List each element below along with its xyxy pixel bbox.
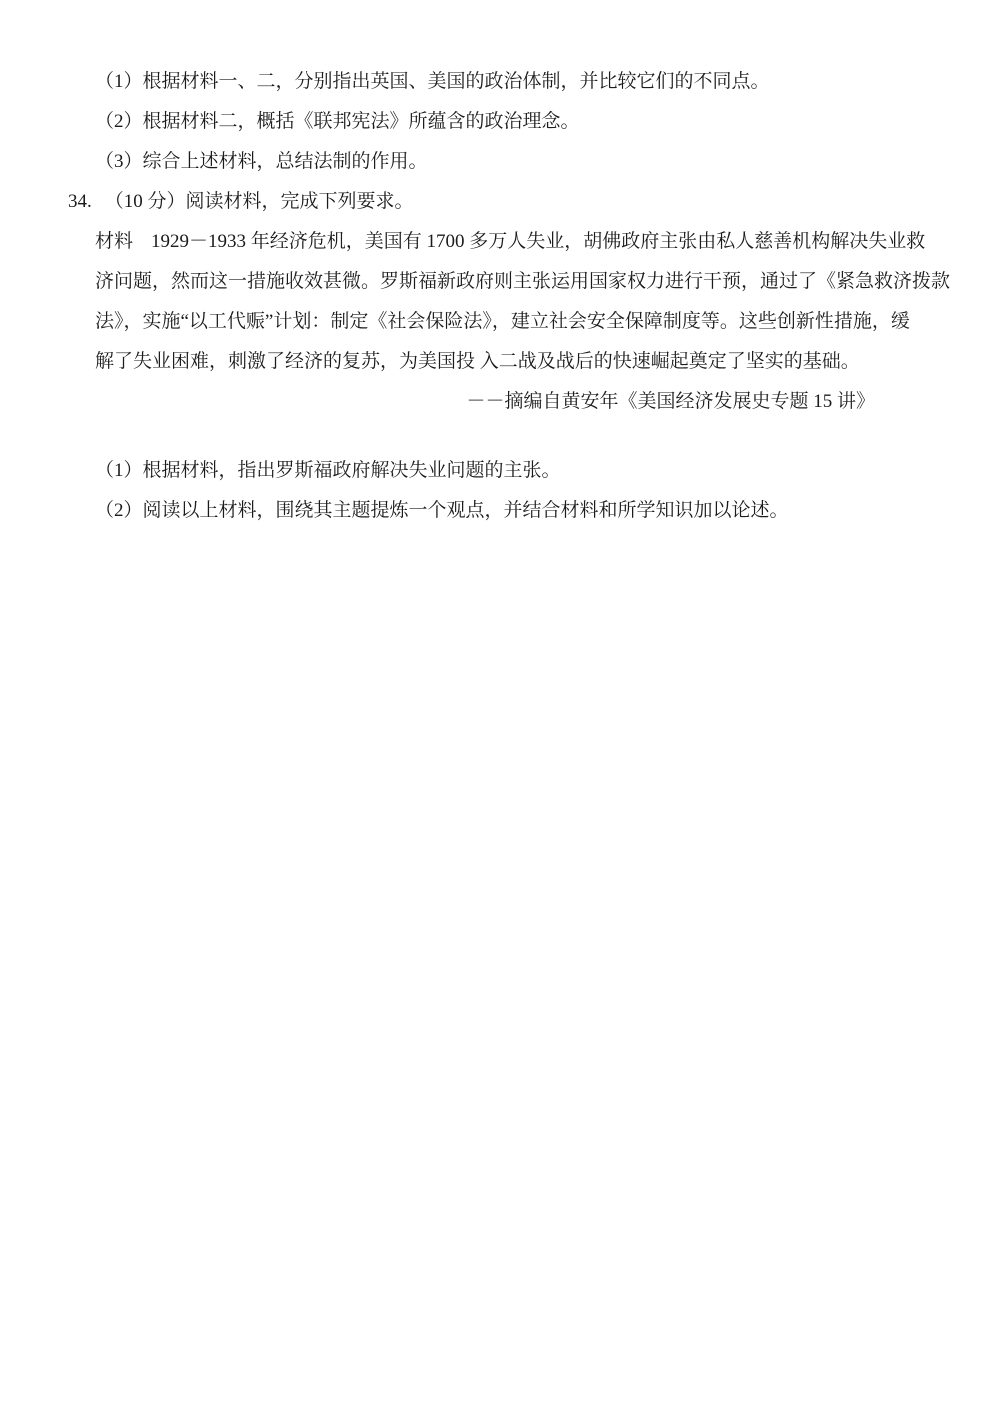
exam-document-page: （1）根据材料一、二，分别指出英国、美国的政治体制，并比较它们的不同点。 （2）… [0,0,992,1403]
question-33-sub-question-3: （3）综合上述材料，总结法制的作用。 [95,142,875,182]
question-34-header: 34.（10 分）阅读材料，完成下列要求。 [68,182,875,222]
question-34-sub-question-2: （2）阅读以上材料，围绕其主题提炼一个观点，并结合材料和所学知识加以论述。 [95,491,875,531]
question-33-sub-questions: （1）根据材料一、二，分别指出英国、美国的政治体制，并比较它们的不同点。 （2）… [68,62,875,182]
material-line: 材料1929－1933 年经济危机，美国有 1700 多万人失业，胡佛政府主张由… [95,222,875,262]
material-line: 解了失业困难，刺激了经济的复苏，为美国投 入二战及战后的快速崛起奠定了坚实的基础… [95,342,875,382]
material-label: 材料 [95,231,133,252]
material-attribution: －－摘编自黄安年《美国经济发展史专题 15 讲》 [68,382,875,422]
question-33-sub-question-1: （1）根据材料一、二，分别指出英国、美国的政治体制，并比较它们的不同点。 [95,62,875,102]
question-34-instruction: （10 分）阅读材料，完成下列要求。 [105,191,414,212]
question-34: 34.（10 分）阅读材料，完成下列要求。 材料1929－1933 年经济危机，… [68,182,875,531]
blank-gap [68,422,875,451]
material-line: 法》，实施“以工代赈”计划：制定《社会保险法》，建立社会安全保障制度等。这些创新… [95,302,875,342]
question-34-sub-question-1: （1）根据材料，指出罗斯福政府解决失业问题的主张。 [95,451,875,491]
material-line: 济问题，然而这一措施收效甚微。罗斯福新政府则主张运用国家权力进行干预，通过了《紧… [95,262,875,302]
question-34-number: 34. [68,191,92,212]
question-34-material-paragraph: 材料1929－1933 年经济危机，美国有 1700 多万人失业，胡佛政府主张由… [95,222,875,382]
material-line-text: 1929－1933 年经济危机，美国有 1700 多万人失业，胡佛政府主张由私人… [151,231,925,252]
question-33-sub-question-2: （2）根据材料二，概括《联邦宪法》所蕴含的政治理念。 [95,102,875,142]
